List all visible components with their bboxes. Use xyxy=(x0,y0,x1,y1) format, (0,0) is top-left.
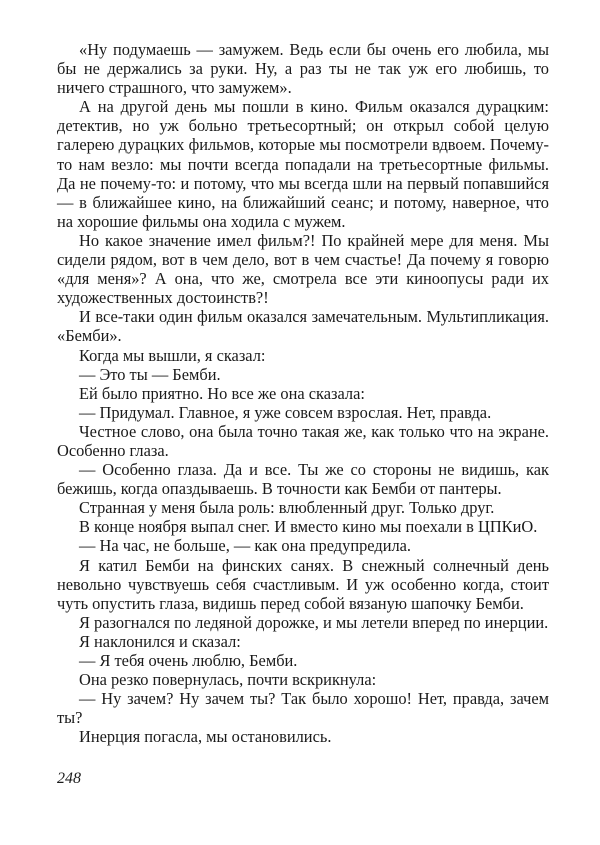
paragraph: Когда мы вышли, я сказал: xyxy=(57,346,549,365)
paragraph: Инерция погасла, мы остановились. xyxy=(57,727,549,746)
paragraph: «Ну подумаешь — замужем. Ведь если бы оч… xyxy=(57,40,549,97)
paragraph: Я разогнался по ледяной дорожке, и мы ле… xyxy=(57,613,549,632)
paragraph: — Ну зачем? Ну зачем ты? Так было хорошо… xyxy=(57,689,549,727)
paragraph: — Особенно глаза. Да и все. Ты же со сто… xyxy=(57,460,549,498)
paragraph: — Придумал. Главное, я уже совсем взросл… xyxy=(57,403,549,422)
paragraph: И все-таки один фильм оказался замечател… xyxy=(57,307,549,345)
paragraph: А на другой день мы пошли в кино. Фильм … xyxy=(57,97,549,231)
paragraph: Но какое значение имел фильм?! По крайне… xyxy=(57,231,549,307)
paragraph: Ей было приятно. Но все же она сказала: xyxy=(57,384,549,403)
paragraph: Честное слово, она была точно такая же, … xyxy=(57,422,549,460)
paragraph: — На час, не больше, — как она предупред… xyxy=(57,536,549,555)
paragraph: Я наклонился и сказал: xyxy=(57,632,549,651)
page-number: 248 xyxy=(57,770,81,788)
paragraph: — Это ты — Бемби. xyxy=(57,365,549,384)
paragraph: Странная у меня была роль: влюбленный др… xyxy=(57,498,549,517)
paragraph: Она резко повернулась, почти вскрикнула: xyxy=(57,670,549,689)
paragraph: В конце ноября выпал снег. И вместо кино… xyxy=(57,517,549,536)
paragraph: Я катил Бемби на финских санях. В снежны… xyxy=(57,556,549,613)
paragraph: — Я тебя очень люблю, Бемби. xyxy=(57,651,549,670)
page-body: «Ну подумаешь — замужем. Ведь если бы оч… xyxy=(57,40,549,746)
